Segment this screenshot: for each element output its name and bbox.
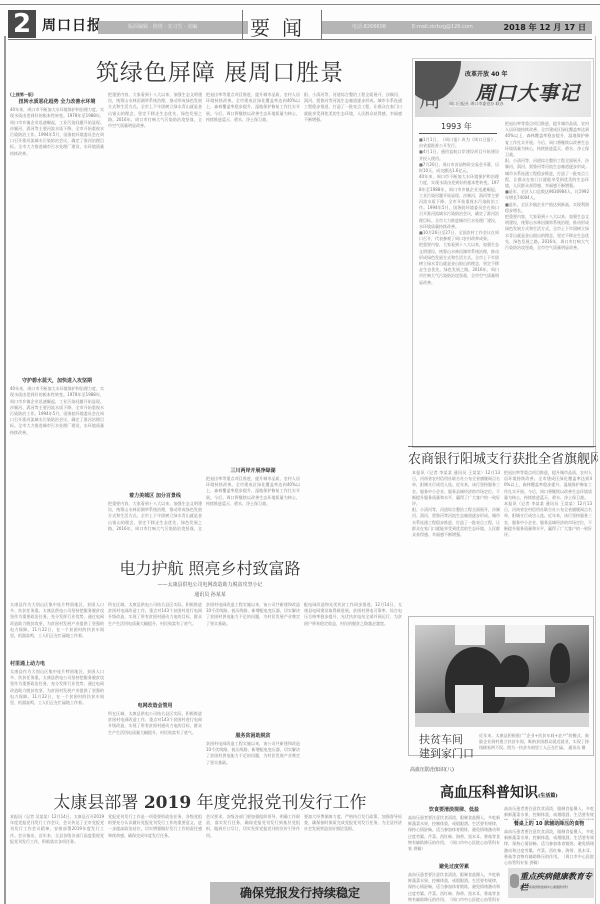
lead-col-2: 把重要内容，大家看到十八大以来，加强生态文明建设，统筹山水林田湖草系统治理，推动… bbox=[108, 92, 202, 532]
year-rule bbox=[419, 133, 497, 134]
taikang-col-3: 会议要求，各级各部门要加强组织领导，明确工作职责，落实发行任务，确保党报党刊发行… bbox=[206, 814, 300, 878]
lead-text-1b: 40年来，周口市不断加大水环境保护和治理力度，实现水质由差到好的根本性转变。19… bbox=[10, 386, 104, 532]
lead-headline: 筑绿色屏障 展周口胜景 bbox=[40, 54, 400, 87]
lead-text-4: 阳、小清河等，河道综合整治工程全面展开，沙颍河、涡河、贾鲁河等河流生态廊道逐步形… bbox=[304, 92, 402, 532]
bank-col-2: 把退出率等重点项目推进，提升城市品质，农村人居环境持续改善。全市建成区绿化覆盖率… bbox=[504, 470, 592, 610]
power-col-1: 太康县作为大别山区集中连片特困地区，贫困人口多、扶贫任务重。太康县供电公司坚持把… bbox=[10, 602, 104, 778]
health-subhead-3: 餐桌上的 10 款辅助降压的食物 bbox=[504, 821, 594, 828]
photo-window bbox=[505, 625, 545, 643]
photo-caption-text: 近年来，太康县积极推广“企业+扶贫车间+农户”的模式，鼓励企业到村建立扶贫车间，… bbox=[479, 733, 589, 752]
taikang-text-1: 本报讯（记者 吴某某）12月14日，太康县召开2019年度党报党刊发行工作会议，… bbox=[10, 814, 104, 845]
event-entry: ■7月20日，周口市首届物资交易会开幕，历时10天，成交额达1.6亿元。 bbox=[419, 162, 499, 174]
lead-text-1a: 40年来，周口市不断加大水环境保护和治理力度，实现水质由差到好的根本性转变。19… bbox=[10, 107, 104, 377]
photo-title-line2: 建到家门口 bbox=[419, 745, 474, 761]
health-title-tag: (生活篇) bbox=[538, 793, 558, 799]
lead-text-3b: 把退出率等重点项目推进，提升城市品质，农村人居环境持续改善。全市建成区绿化覆盖率… bbox=[206, 476, 300, 532]
event-entry: 40年来，周口市不断加大水环境保护和治理力度，实现水质由差到好的根本性转变。19… bbox=[419, 174, 499, 230]
event-entry: 把重要内容，大家看到十八大以来，加强生态文明建设，统筹山水林田湖草系统治理，推动… bbox=[505, 214, 589, 251]
lead-text-2: 把重要内容，大家看到十八大以来，加强生态文明建设，统筹山水林田湖草系统治理，推动… bbox=[108, 92, 202, 492]
power-subtitle: ——太康县供电公司电网改造助力脱贫攻坚小记 bbox=[20, 581, 400, 588]
power-headline: 电力护航 照亮乡村致富路 bbox=[20, 556, 400, 579]
photo-feature: 扶贫车间 建到家门口 近年来，太康县积极推广“企业+扶贫车间+农户”的模式，鼓励… bbox=[408, 616, 594, 756]
taikang-headline: 太康县部署 2019 年度党报党刊发行工作 bbox=[20, 788, 400, 813]
phone: 电话:8266608 bbox=[352, 21, 386, 34]
logo-text: 重点疾病健康教育专栏 bbox=[520, 871, 594, 893]
bank-text-1b: 阳、小清河等，河道综合整治工程全面展开，沙颍河、涡河、贾鲁河等河流生态廊道逐步形… bbox=[412, 507, 500, 538]
stable-distribution-box: 确保党报发行持续稳定 bbox=[210, 882, 390, 904]
editor-bar: 版面编辑 · 值班 · 实习生 · 美编 bbox=[98, 21, 248, 34]
power-col-4: 配电网改造和光伏扶贫工作同步推进。12月14日，太康县电网建设取得新进展，贫困村… bbox=[304, 602, 402, 778]
bank-text-2: 把退出率等重点项目推进，提升城市品质，农村人居环境持续改善。全市建成区绿化覆盖率… bbox=[504, 470, 592, 501]
event-entry: ■4月1日，通用直航口岸建设项目开始建设并投入使用。 bbox=[419, 149, 499, 161]
event-entry: ■1月1日，《周口报》改为《周口日报》，由省委批准公开发行。 bbox=[419, 137, 499, 149]
lead-col-1: (上接第一版) 扭转水质恶化趋势 全力改善水环境 40年来，周口市不断加大水环境… bbox=[10, 92, 104, 532]
lead-text-3: 把退出率等重点项目推进，提升城市品质，农村人居环境持续改善。全市建成区绿化覆盖率… bbox=[206, 92, 300, 467]
health-subhead-2: 避免过度劳累 bbox=[408, 864, 500, 871]
taikang-headline-post: 年度党报党刊发行工作 bbox=[197, 793, 367, 813]
continued-label: (上接第一版) bbox=[10, 92, 104, 98]
power-subhead-3: 服务贫困助脱贫 bbox=[206, 733, 300, 740]
bank-text-1: 本报讯（记者 李某某 通讯员 王某某）12月13日，河南省农村信用社联合社公布全… bbox=[412, 470, 500, 507]
power-subhead-1: 村里通上动力电 bbox=[10, 661, 104, 668]
bank-top-rule bbox=[408, 446, 596, 447]
taikang-col-4: 要加大经费保障力度，严格执行发行政策，加强督导检查，确保按时保质完成党报党刊发行… bbox=[304, 814, 402, 878]
top-rule bbox=[0, 4, 600, 5]
logo-subtext: 周口市疾病预防控制中心健康教育科 bbox=[520, 885, 568, 889]
section-name: 要闻 bbox=[243, 12, 321, 41]
event-entry: ■是年，全区乡镇企业产值达到新高，实现利润稳步增长。 bbox=[505, 202, 589, 214]
taikang-headline-year: 2019 bbox=[144, 793, 191, 813]
health-text-1b: 高血压患者要注意饮食清淡，限制食盐摄入，多吃新鲜蔬菜水果，控制体重，戒烟限酒。生… bbox=[408, 872, 500, 902]
right-page-edge bbox=[595, 36, 596, 904]
events-banner: 周 改革开放 40 年 周口大事记 周口日报社 周口市委党办 联办 bbox=[415, 61, 591, 117]
lead-subhead-3: 三川两岸开展净绿湖 bbox=[206, 468, 300, 475]
health-title: 高血压科普知识(生活篇) bbox=[440, 782, 558, 802]
bank-text-2b: 本报讯（记者 李某某 通讯员 王某某）12月13日，河南省农村信用社联合社公布全… bbox=[504, 501, 592, 538]
zhou-glyph: 周 bbox=[419, 83, 441, 114]
email: E-mail:zkrbzg@126.com bbox=[412, 21, 473, 34]
photo-window bbox=[455, 625, 485, 645]
power-text-1: 太康县作为大别山区集中连片特困地区，贫困人口多、扶贫任务重。太康县供电公司坚持把… bbox=[10, 602, 104, 660]
power-subhead-2: 电网改造会管用 bbox=[108, 703, 202, 710]
left-page-edge bbox=[4, 36, 6, 904]
power-col-3: 贫困村电网改造工程实施以来，该公司共新建和改造10千伏线路、低压线路，新增配电变… bbox=[206, 602, 300, 778]
events-col-2: 把退出率等重点项目推进，提升城市品质，农村人居环境持续改善。全市建成区绿化覆盖率… bbox=[505, 121, 589, 437]
section-box: 要闻 bbox=[242, 10, 322, 39]
health-col-1: 饮食要清淡规律、低盐 高血压患者要注意饮食清淡，限制食盐摄入，多吃新鲜蔬菜水果，… bbox=[408, 806, 500, 902]
lead-col-4: 阳、小清河等，河道综合整治工程全面展开，沙颍河、涡河、贾鲁河等河流生态廊道逐步形… bbox=[304, 92, 402, 532]
lead-subhead-2: 守护碧水蓝天，加快进入攻坚期 bbox=[10, 378, 104, 385]
power-text-3b: 贫困村电网改造工程实施以来，该公司共新建和改造10千伏线路、低压线路，新增配电变… bbox=[206, 741, 300, 778]
doctor-icon bbox=[510, 874, 519, 888]
photo-table bbox=[495, 687, 555, 697]
bank-headline: 农商银行阳城支行获批全省旗舰网点 bbox=[408, 448, 598, 467]
power-text-1b: 太康县作为大别山区集中连片特困地区，贫困人口多、扶贫任务重。太康县供电公司坚持把… bbox=[10, 669, 104, 778]
taikang-col-2: 党报党刊发行工作是一项重要的政治任务，各级党组织要充分认识做好党报党刊发行工作的… bbox=[108, 814, 202, 902]
taikang-text-3: 会议要求，各级各部门要加强组织领导，明确工作职责，落实发行任务，确保党报党刊发行… bbox=[206, 814, 300, 839]
paper-name: 周口日报 bbox=[42, 15, 102, 35]
issue-date: 2018 年 12 月 17 日 bbox=[504, 21, 586, 34]
power-byline: 通讯员 孙某某 bbox=[20, 591, 400, 598]
taikang-headline-pre: 太康县部署 bbox=[53, 793, 138, 813]
events-col-1: ■1月1日，《周口报》改为《周口日报》，由省委批准公开发行。 ■4月1日，通用直… bbox=[419, 137, 499, 437]
lead-subhead-1: 扭转水质恶化趋势 全力改善水环境 bbox=[10, 99, 104, 106]
events-column: 周 改革开放 40 年 周口大事记 周口日报社 周口市委党办 联办 1993 年… bbox=[412, 58, 594, 448]
health-text-2: 高血压患者要注意饮食清淡，限制食盐摄入，多吃新鲜蔬菜水果，控制体重，戒烟限酒。生… bbox=[504, 806, 594, 820]
event-entry: ■10月26日至27日，全国农村工作会议在周口召开，代表参观了周口农村改革成果。 bbox=[419, 230, 499, 242]
power-text-3: 贫困村电网改造工程实施以来，该公司共新建和改造10千伏线路、低压线路，新增配电变… bbox=[206, 602, 300, 732]
power-text-2: 所在区域，太康县供电公司结合县区实际，积极推进贫困村电网改造工作，重点对143个… bbox=[108, 602, 202, 702]
power-col-2: 所在区域，太康县供电公司结合县区实际，积极推进贫困村电网改造工作，重点对143个… bbox=[108, 602, 202, 778]
bank-col-1: 本报讯（记者 李某某 通讯员 王某某）12月13日，河南省农村信用社联合社公布全… bbox=[412, 470, 500, 610]
event-entry: 把退出率等重点项目推进，提升城市品质，农村人居环境持续改善。全市建成区绿化覆盖率… bbox=[505, 121, 589, 158]
workshop-photo bbox=[415, 625, 589, 727]
photo-worker bbox=[499, 655, 529, 689]
taikang-text-4: 要加大经费保障力度，严格执行发行政策，加强督导检查，确保按时保质完成党报党刊发行… bbox=[304, 814, 402, 833]
health-title-main: 高血压科普知识 bbox=[440, 785, 538, 801]
photo-worker bbox=[550, 643, 570, 683]
page-number: 2 bbox=[8, 10, 36, 38]
health-col-2: 高血压患者要注意饮食清淡，限制食盐摄入，多吃新鲜蔬菜水果，控制体重，戒烟限酒。生… bbox=[504, 806, 594, 866]
lead-col-3: 把退出率等重点项目推进，提升城市品质，农村人居环境持续改善。全市建成区绿化覆盖率… bbox=[206, 92, 300, 532]
health-kicker: 高血压防治知识(八) bbox=[410, 766, 454, 773]
masthead: 2 周口日报 版面编辑 · 值班 · 实习生 · 美编 要闻 电话:826660… bbox=[8, 10, 592, 40]
photo-sewing-machine bbox=[455, 685, 483, 715]
lead-subhead-4: 着力美城区 加分百景线 bbox=[108, 493, 202, 500]
health-text-1: 高血压患者要注意饮食清淡，限制食盐摄入，多吃新鲜蔬菜水果，控制体重，戒烟限酒。生… bbox=[408, 815, 500, 863]
health-education-logo: 重点疾病健康教育专栏 周口市疾病预防控制中心健康教育科 bbox=[508, 868, 594, 898]
events-year: 1993 年 bbox=[441, 121, 472, 132]
info-bar: 电话:8266608 E-mail:zkrbzg@126.com 2018 年 … bbox=[322, 21, 592, 34]
lead-text-2b: 把重要内容，大家看到十八大以来，加强生态文明建设，统筹山水林田湖草系统治理，推动… bbox=[108, 501, 202, 531]
event-entry: 把重要内容，大家看到十八大以来，加强生态文明建设，统筹山水林田湖草系统治理，推动… bbox=[419, 242, 499, 285]
events-subtitle: 周口日报社 周口市委党办 联办 bbox=[449, 101, 504, 107]
event-entry: 阳、小清河等，河道综合整治工程全面展开，沙颍河、涡河、贾鲁河等河流生态廊道逐步形… bbox=[505, 158, 589, 189]
health-subhead-1: 饮食要清淡规律、低盐 bbox=[408, 807, 500, 814]
photo-fabric bbox=[415, 713, 589, 727]
power-text-2b: 所在区域，太康县供电公司结合县区实际，积极推进贫困村电网改造工作，重点对143个… bbox=[108, 711, 202, 778]
taikang-col-1: 本报讯（记者 吴某某）12月14日，太康县召开2019年度党报党刊发行工作会议，… bbox=[10, 814, 104, 902]
photo-caption: 近年来，太康县积极推广“企业+扶贫车间+农户”的模式，鼓励企业到村建立扶贫车间，… bbox=[479, 733, 589, 755]
power-text-4: 配电网改造和光伏扶贫工作同步推进。12月14日，太康县电网建设取得新进展，贫困村… bbox=[304, 602, 402, 778]
health-text-2b: 高血压患者要注意饮食清淡，限制食盐摄入，多吃新鲜蔬菜水果，控制体重，戒烟限酒。生… bbox=[504, 829, 594, 866]
taikang-text-2: 党报党刊发行工作是一项重要的政治任务，各级党组织要充分认识做好党报党刊发行工作的… bbox=[108, 814, 202, 839]
event-entry: ■是年，全区人口总数达9630984人，比1992年增长74004人。 bbox=[505, 189, 589, 201]
newspaper-page: 2 周口日报 版面编辑 · 值班 · 实习生 · 美编 要闻 电话:826660… bbox=[0, 0, 600, 904]
